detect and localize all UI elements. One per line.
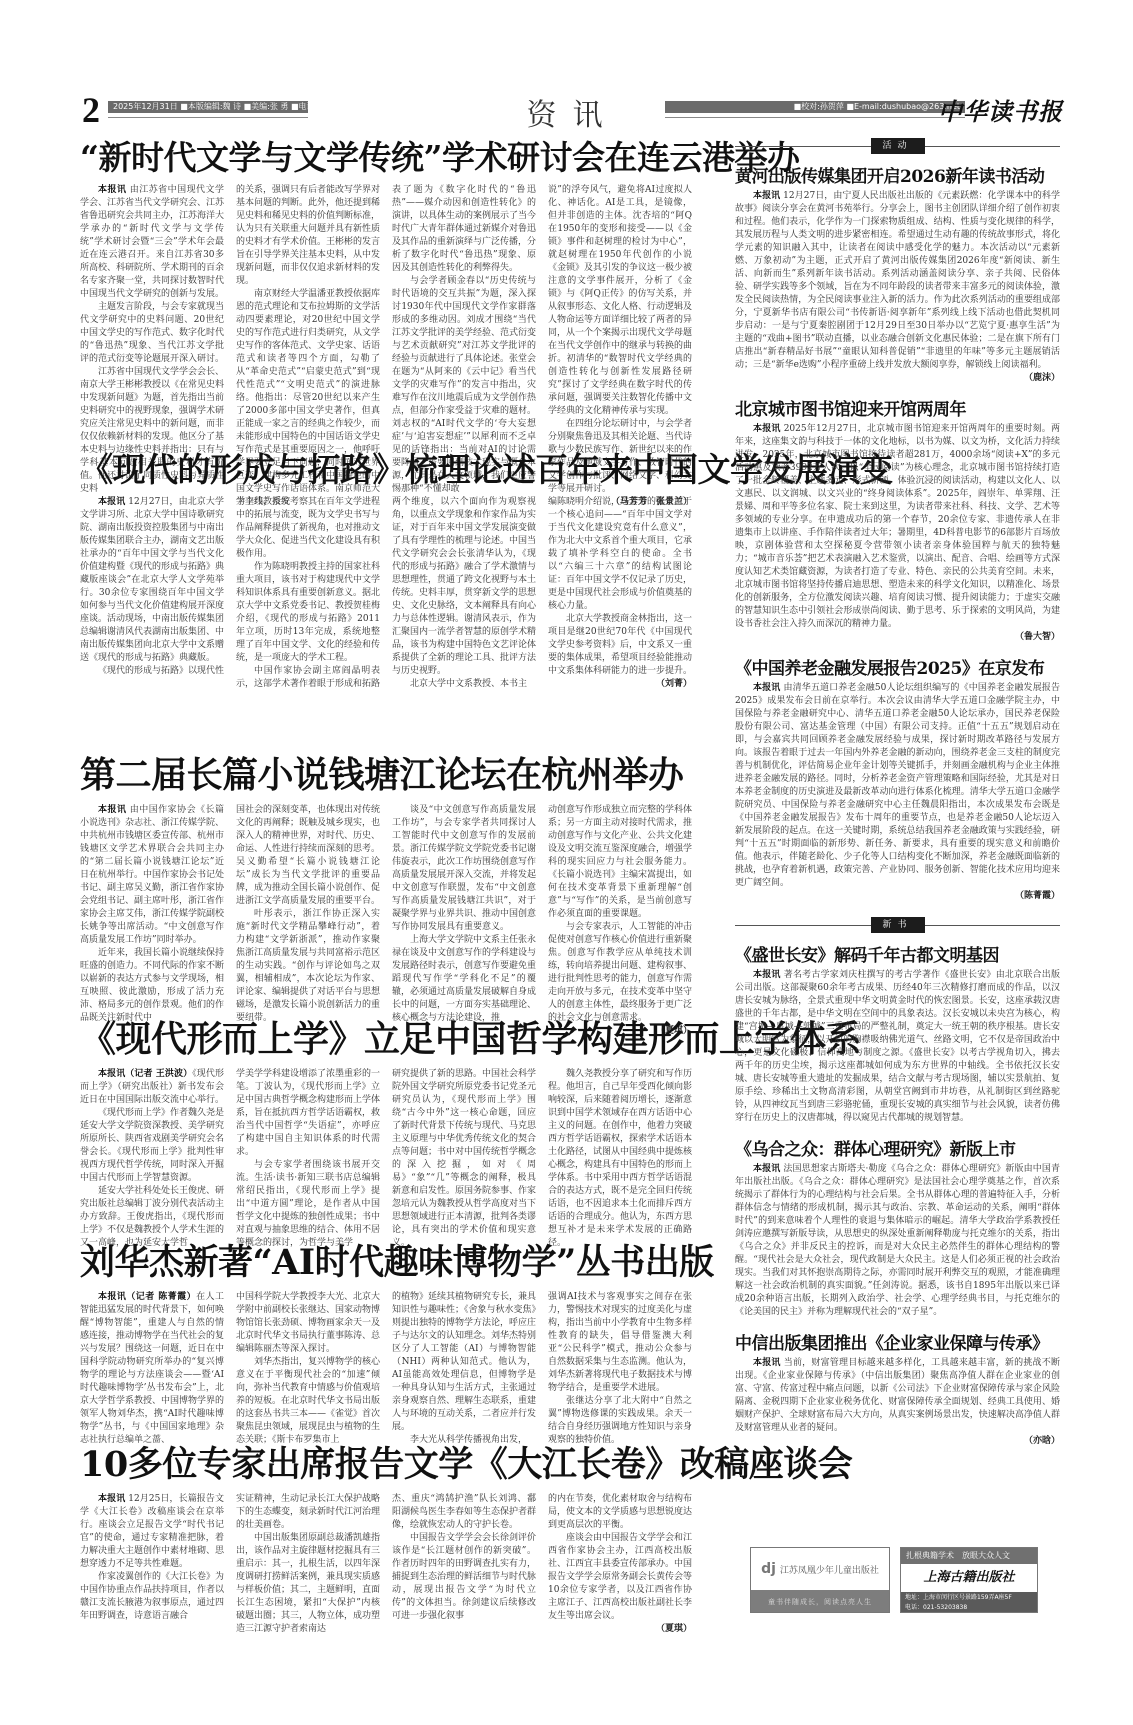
ad-address: 地址：上海市闵行区号景路159弄A座5F <box>905 1593 1033 1603</box>
paragraph-text: 中国作家协会副主席阎晶明表示，这部学术著作着眼于形成和拓路 <box>236 666 380 689</box>
article-headline: 《现代的形成与拓路》梳理论述百年来中国文学发展演变 <box>80 452 692 488</box>
text-column: 杰、重庆“鸿鹄护渔”队长刘鸿、鄱阳湖候鸟医生李春如等生态保护者群像，绘就恢宏动人… <box>392 1493 536 1636</box>
paragraph-text: 谈及“中文创意写作高质量发展工作坊”，与会专家学者共同探讨人工智能时代中文创意写… <box>392 805 536 932</box>
paragraph-text: 刘华杰指出，复兴博物学的核心意义在于平衡现代社会的“加速”倾向，弥补当代教育中情… <box>236 1357 380 1445</box>
article-columns: 本报讯（记者 王洪波）《现代形而上学》（研究出版社）新书发布会近日在中国国际出版… <box>80 1068 692 1250</box>
paragraph: 本报讯 12月27日，由宁夏人民出版社出版的《元素跃燃：化学课本中的科学故事》阅… <box>735 190 1060 372</box>
section-tag-row: 新书 <box>735 917 1060 933</box>
paragraph-text: 表了题为《数字化时代的“鲁迅热”——媒介动因和创造性转化》的演讲，以具体生动的案… <box>392 185 536 273</box>
newspaper-masthead: 中华读书报 <box>938 92 1063 127</box>
paragraph-text: 实证精神，生动记录长江大保护战略下的生态蝶变，刻录新时代江河治理的壮美画卷。 <box>236 1494 380 1530</box>
paragraph-text: 主题发言阶段，与会专家就现当代文学研究中的史料问题、20世纪中国文学史的写作范式… <box>80 302 224 364</box>
sidebar-article: 《中国养老金融发展报告2025》在京发布本报讯 由清华五道口养老金融50人论坛组… <box>735 658 1060 903</box>
article-headline: 《现代形而上学》立足中国哲学构建形而上学体系 <box>80 1020 692 1060</box>
ad-publisher-name: 江苏凤凰少年儿童出版社 <box>780 1563 879 1576</box>
ad-publisher-name: 上海古籍出版社 <box>901 1564 1037 1592</box>
text-column: 本报讯（记者 陈菁霞）在人工智能迅猛发展的时代背景下，如何唤醒“博物智能”，重建… <box>80 1291 224 1447</box>
paragraph: 的关系，强调只有后者能改写学界对基本问题的判断。此外，他还提到稀见史料和稀见史料… <box>236 184 380 288</box>
text-column: 编陈晓明介绍说，这套书的诞生源于一个核心追问——“百年中国文学对于当代文化建设究… <box>548 496 692 691</box>
dateline-lead: 本报讯 <box>98 497 125 507</box>
paragraph: 本报讯（记者 陈菁霞）在人工智能迅猛发展的时代背景下，如何唤醒“博物智能”，重建… <box>80 1291 224 1447</box>
paragraph-text: 当前，财富管理目标越来越多样化，工具越来越丰富，新的挑战不断出现。《企业家业保障… <box>735 1358 1060 1433</box>
header-rule-left <box>108 117 308 118</box>
paragraph: 谈及“中文创意写作高质量发展工作坊”，与会专家学者共同探讨人工智能时代中文创意写… <box>392 804 536 934</box>
section-tag-row: 活动 <box>735 138 1060 154</box>
paragraph: 实证精神，生动记录长江大保护战略下的生态蝶变，刻录新时代江河治理的壮美画卷。 <box>236 1493 380 1532</box>
dateline-lead: 本报讯 <box>753 1164 780 1174</box>
page-header: 2 2025年12月31日 ■本版编辑:魏 诗 ■美编:张 勇 ■电话:010-… <box>80 92 1065 132</box>
author-byline: （夏琪） <box>548 1623 692 1636</box>
dateline-lead: 本报讯 <box>753 424 781 434</box>
paragraph-text: 国社会的深刻变革，也体现出对传统文化的再阐释；既触及城乡现实，也深入人的精神世界… <box>236 805 380 906</box>
text-column: 本报讯 12月27日，由北京大学文学讲习所、北京大学中国诗歌研究院、湖南出版投资… <box>80 496 224 691</box>
paragraph-text: 与会专家学者围绕该书展开交流。生活·读书·新知三联书店总编辑常绍民指出，《现代形… <box>236 1160 380 1248</box>
paragraph-text: 的植物》延续其植物研究专长，兼具知识性与趣味性；《舍象与秋水变焦》则提出独特的博… <box>392 1292 536 1432</box>
sidebar-headline: 《盛世长安》解码千年古都文明基因 <box>735 945 1060 967</box>
text-column: 国社会的深刻变革，也体现出对传统文化的再阐释；既触及城乡现实，也深入人的精神世界… <box>236 804 380 1038</box>
paragraph: 本报讯 法国思想家古斯塔夫·勒庞《乌合之众：群体心理研究》新版由中国青年出版社出… <box>735 1163 1060 1319</box>
ad-jiangsu-phoenix-juvenile[interactable]: dj 江苏凤凰少年儿童出版社 童书伴随成长，阅读点亮人生 <box>750 1547 890 1613</box>
paragraph: 中国出版集团原副总裁潘凯雄指出，该作品对主旋律题材挖掘具有三重启示：其一，扎根生… <box>236 1532 380 1636</box>
sidebar-headline: 《乌合之众：群体心理研究》新版上市 <box>735 1139 1060 1161</box>
dateline-lead: 本报讯（记者 王洪波） <box>98 1069 192 1079</box>
article-3: 第二届长篇小说钱塘江论坛在杭州举办本报讯 由中国作家协会《长篇小说选刊》杂志社、… <box>80 756 692 1038</box>
paragraph-text: 为主线，系统考察其在百年文学进程中的拓展与流变，既为文学史书写与作品阐释提供了新… <box>236 497 380 559</box>
paragraph: 本报讯（记者 王洪波）《现代形而上学》（研究出版社）新书发布会近日在中国国际出版… <box>80 1068 224 1107</box>
header-rule-right <box>665 117 965 118</box>
paragraph-text: 《现代的形成与拓路》以现代性 <box>98 666 224 676</box>
sidebar-article: 黄河出版传媒集团开启2026新年读书活动本报讯 12月27日，由宁夏人民出版社出… <box>735 166 1060 385</box>
paragraph-text: 李大光从科学传播视角出发， <box>410 1435 527 1445</box>
paragraph: 本报讯 由江苏省中国现代文学学会、江苏省当代文学研究会、江苏省鲁迅研究会共同主办… <box>80 184 224 301</box>
article-headline: 10多位专家出席报告文学《大江长卷》改稿座谈会 <box>80 1446 692 1485</box>
text-column: 本报讯（记者 王洪波）《现代形而上学》（研究出版社）新书发布会近日在中国国际出版… <box>80 1068 224 1250</box>
sidebar: 活动黄河出版传媒集团开启2026新年读书活动本报讯 12月27日，由宁夏人民出版… <box>735 136 1060 1462</box>
paragraph: 本报讯 当前，财富管理目标越来越多样化，工具越来越丰富，新的挑战不断出现。《企业… <box>735 1357 1060 1435</box>
author-byline: （鹿沫） <box>735 372 1060 385</box>
sidebar-article: 北京城市图书馆迎来开馆两周年本报讯 2025年12月27日，北京城市图书馆迎来开… <box>735 399 1060 644</box>
paragraph: 北京大学中文系教授、本书主 <box>392 678 536 691</box>
author-byline: （陈菁霞） <box>735 890 1060 903</box>
paragraph: 本报讯 2025年12月27日，北京城市图书馆迎来开馆两周年的重要时刻。两年来，… <box>735 423 1060 631</box>
paragraph: 座谈会由中国报告文学学会和江西省作家协会主办，江西高校出版社、江西宜丰县委宣传部… <box>548 1532 692 1623</box>
paragraph: 两个维度，以六个面向作为观察视角，以重点文学现象和作家作品为实证，对于百年来中国… <box>392 496 536 678</box>
paragraph: 杰、重庆“鸿鹄护渔”队长刘鸿、鄱阳湖候鸟医生李春如等生态保护者群像，绘就恢宏动人… <box>392 1493 536 1532</box>
article-columns: 本报讯 12月25日，长篇报告文学《大江长卷》改稿座谈会在京举行。座谈会立足报告… <box>80 1493 692 1636</box>
dateline-lead: 本报讯 <box>753 1358 781 1368</box>
contact-info-bar: ■校对:孙贺萍 ■E-mail:dushubao@263.net <box>665 101 965 113</box>
dateline-lead: 本报讯 <box>98 1494 125 1504</box>
sidebar-headline: 中信出版集团推出《企业家业保障与传承》 <box>735 1333 1060 1355</box>
text-column: 为主线，系统考察其在百年文学进程中的拓展与流变，既为文学史书写与作品阐释提供了新… <box>236 496 380 691</box>
sidebar-body: 本报讯 2025年12月27日，北京城市图书馆迎来开馆两周年的重要时刻。两年来，… <box>735 423 1060 644</box>
paragraph: 本报讯 12月27日，由北京大学文学讲习所、北京大学中国诗歌研究院、湖南出版投资… <box>80 496 224 665</box>
sidebar-section-activities: 活动黄河出版传媒集团开启2026新年读书活动本报讯 12月27日，由宁夏人民出版… <box>735 138 1060 903</box>
sidebar-body: 本报讯 法国思想家古斯塔夫·勒庞《乌合之众：群体心理研究》新版由中国青年出版社出… <box>735 1163 1060 1319</box>
paragraph: 本报讯 著名考古学家刘庆柱撰写的考古学著作《盛世长安》由北京联合出版公司出版。这… <box>735 969 1060 1125</box>
paragraph-text: 作为陈晓明教授主持的国家社科重大项目，该书对于构建现代中文学科知识体系具有重要创… <box>236 562 380 663</box>
article-columns: 本报讯 12月27日，由北京大学文学讲习所、北京大学中国诗歌研究院、湖南出版投资… <box>80 496 692 691</box>
article-6: 10多位专家出席报告文学《大江长卷》改稿座谈会本报讯 12月25日，长篇报告文学… <box>80 1446 692 1636</box>
text-column: 谈及“中文创意写作高质量发展工作坊”，与会专家学者共同探讨人工智能时代中文创意写… <box>392 804 536 1038</box>
paragraph-text: 北京大学中文系教授、本书主 <box>410 679 527 689</box>
paragraph: 学美学学科建设增添了浓墨重彩的一笔。丁波认为，《现代形而上学》立足中国古典哲学概… <box>236 1068 380 1159</box>
paragraph-text: 的内在节奏，优化素材取舍与结构布局，使文本的文学质感与思想锐度达到更高层次的平衡… <box>548 1494 692 1530</box>
text-column: 本报讯 由中国作家协会《长篇小说选刊》杂志社、浙江传媒学院、中共杭州市钱塘区委宣… <box>80 804 224 1038</box>
article-headline: 刘华杰新著“AI时代趣味博物学”丛书出版 <box>80 1244 692 1283</box>
dateline-lead: 本报讯 <box>753 683 780 693</box>
paragraph-text: 中国出版集团原副总裁潘凯雄指出，该作品对主旋律题材挖掘具有三重启示：其一，扎根生… <box>236 1533 380 1634</box>
paragraph-text: 著名考古学家刘庆柱撰写的考古学著作《盛世长安》由北京联合出版公司出版。这部凝聚6… <box>735 970 1060 1123</box>
paragraph: 本报讯 由中国作家协会《长篇小说选刊》杂志社、浙江传媒学院、中共杭州市钱塘区委宣… <box>80 804 224 947</box>
paragraph: 表了题为《数字化时代的“鲁迅热”——媒介动因和创造性转化》的演讲，以具体生动的案… <box>392 184 536 275</box>
paragraph-text: 魏久尧教授分享了研究和写作历程。他坦言，自己早年受西化倾向影响较深，后来随着阅历… <box>548 1069 692 1248</box>
paragraph: 上海大学文学院中文系主任张永禄在谈及中文创意写作的学科建设与发展路径时表示，创意… <box>392 934 536 1025</box>
author-byline: （刘菁） <box>548 678 692 691</box>
publisher-logo-icon: dj <box>761 1561 776 1577</box>
text-column: 本报讯 12月25日，长篇报告文学《大江长卷》改稿座谈会在京举行。座谈会立足报告… <box>80 1493 224 1636</box>
paragraph-text: 12月27日，由北京大学文学讲习所、北京大学中国诗歌研究院、湖南出版投资控股集团… <box>80 497 224 663</box>
paragraph: 本报讯 12月25日，长篇报告文学《大江长卷》改稿座谈会在京举行。座谈会立足报告… <box>80 1493 224 1571</box>
sidebar-headline: 北京城市图书馆迎来开馆两周年 <box>735 399 1060 421</box>
sidebar-body: 本报讯 当前，财富管理目标越来越多样化，工具越来越丰富，新的挑战不断出现。《企业… <box>735 1357 1060 1448</box>
sidebar-article: 中信出版集团推出《企业家业保障与传承》本报讯 当前，财富管理目标越来越多样化，工… <box>735 1333 1060 1448</box>
page-number: 2 <box>82 92 100 128</box>
sidebar-headline: 《中国养老金融发展报告2025》在京发布 <box>735 658 1060 680</box>
paragraph-text: 2025年12月27日，北京城市图书馆迎来开馆两周年的重要时刻。两年来，这座集文… <box>735 424 1060 629</box>
paragraph: 本报讯 由清华五道口养老金融50人论坛组织编写的《中国养老金融发展报告2025》… <box>735 682 1060 890</box>
paragraph-text: 延安大学社科处处长王俊虎、研究出版社总编辑丁波分别代表活动主办方致辞。王俊虎指出… <box>80 1186 224 1248</box>
paragraph-text: 法国思想家古斯塔夫·勒庞《乌合之众：群体心理研究》新版由中国青年出版社出版。《乌… <box>735 1164 1060 1317</box>
paragraph-text: 强调AI技术与客观事实之间存在张力，警惕技术对现实的过度美化与虚构，指出当前中小… <box>548 1292 692 1393</box>
paragraph-text: 编陈晓明介绍说，这套书的诞生源于一个核心追问——“百年中国文学对于当代文化建设究… <box>548 497 692 611</box>
sidebar-body: 本报讯 著名考古学家刘庆柱撰写的考古学著作《盛世长安》由北京联合出版公司出版。这… <box>735 969 1060 1125</box>
paragraph-text: 研究提供了新的思路。中国社会科学院外国文学研究所原党委书记党圣元研究员认为，《现… <box>392 1069 536 1248</box>
author-byline: （亦晗） <box>735 1435 1060 1448</box>
paragraph: 中国报告文学学会会长徐剑评价该作是“长江题材创作的新突破”。作者历时四年的田野调… <box>392 1532 536 1623</box>
dateline-lead: 本报讯 <box>98 185 126 195</box>
paragraph: 中国科学院大学教授李大光、北京大学附中前副校长张继达、国家动物博物馆馆长张劲硕、… <box>236 1291 380 1356</box>
paragraph: 与会专家表示，人工智能的冲击促使对创意写作核心价值进行重新聚焦。创意写作教学应从… <box>548 921 692 1025</box>
paragraph: 刘华杰指出，复兴博物学的核心意义在于平衡现代社会的“加速”倾向，弥补当代教育中情… <box>236 1356 380 1447</box>
paragraph: 魏久尧教授分享了研究和写作历程。他坦言，自己早年受西化倾向影响较深，后来随着阅历… <box>548 1068 692 1250</box>
paragraph-text: 杰、重庆“鸿鹄护渔”队长刘鸿、鄱阳湖候鸟医生李春如等生态保护者群像，绘就恢宏动人… <box>392 1494 536 1530</box>
section-tag: 活动 <box>870 138 924 154</box>
paragraph: 叶彤表示，浙江作协正深入实施“新时代文学精品攀峰行动”，着力构建“文学新浙派”，… <box>236 908 380 1025</box>
paragraph-text: 动创意写作形成独立而完整的学科体系；另一方面主动对接时代需求，推动创意写作与文化… <box>548 805 692 919</box>
section-tag: 新书 <box>870 917 924 933</box>
paragraph-text: 《现代形而上学》作者魏久尧是延安大学文学院资深教授、美学研究所原所长、陕西省戏剧… <box>80 1108 224 1183</box>
paragraph: 编陈晓明介绍说，这套书的诞生源于一个核心追问——“百年中国文学对于当代文化建设究… <box>548 496 692 613</box>
paragraph-text: 学美学学科建设增添了浓墨重彩的一笔。丁波认为，《现代形而上学》立足中国古典哲学概… <box>236 1069 380 1157</box>
article-columns: 本报讯 由中国作家协会《长篇小说选刊》杂志社、浙江传媒学院、中共杭州市钱塘区委宣… <box>80 804 692 1038</box>
text-column: 实证精神，生动记录长江大保护战略下的生态蝶变，刻录新时代江河治理的壮美画卷。中国… <box>236 1493 380 1636</box>
paragraph-text: 张继达分享了北大附中“自然之翼”博物选修课的实践成果。余天一结合自身经历强调地方… <box>548 1396 692 1445</box>
dateline-lead: 本报讯 <box>753 191 780 201</box>
paragraph: 与会专家学者围绕该书展开交流。生活·读书·新知三联书店总编辑常绍民指出，《现代形… <box>236 1159 380 1250</box>
paragraph-text: 在人工智能迅猛发展的时代背景下，如何唤醒“博物智能”，重建人与自然的情感连接，推… <box>80 1292 224 1445</box>
author-byline: （鲁大智） <box>735 631 1060 644</box>
paragraph-text: 12月27日，由宁夏人民出版社出版的《元素跃燃：化学课本中的科学故事》阅读分享会… <box>735 191 1060 370</box>
edition-info-bar: 2025年12月31日 ■本版编辑:魏 诗 ■美编:张 勇 ■电话:010-67… <box>108 101 308 113</box>
ad-shanghai-classics[interactable]: 扎根典籍学术 放眼大众人文 上海古籍出版社 地址：上海市闵行区号景路159弄A座… <box>900 1547 1038 1613</box>
paragraph-text: 由中国作家协会《长篇小说选刊》杂志社、浙江传媒学院、中共杭州市钱塘区委宣传部、杭… <box>80 805 224 945</box>
paragraph: 《现代的形成与拓路》以现代性 <box>80 665 224 678</box>
paragraph: 的植物》延续其植物研究专长，兼具知识性与趣味性；《舍象与秋水变焦》则提出独特的博… <box>392 1291 536 1434</box>
article-columns: 本报讯（记者 陈菁霞）在人工智能迅猛发展的时代背景下，如何唤醒“博物智能”，重建… <box>80 1291 692 1447</box>
article-4: 《现代形而上学》立足中国哲学构建形而上学体系本报讯（记者 王洪波）《现代形而上学… <box>80 1020 692 1250</box>
text-column: 两个维度，以六个面向作为观察视角，以重点文学现象和作家作品为实证，对于百年来中国… <box>392 496 536 691</box>
paragraph: 中国作家协会副主席阎晶明表示，这部学术著作着眼于形成和拓路 <box>236 665 380 691</box>
paragraph: 的内在节奏，优化素材取舍与结构布局，使文本的文学质感与思想锐度达到更高层次的平衡… <box>548 1493 692 1532</box>
sidebar-body: 本报讯 由清华五道口养老金融50人论坛组织编写的《中国养老金融发展报告2025》… <box>735 682 1060 903</box>
text-column: 动创意写作形成独立而完整的学科体系；另一方面主动对接时代需求，推动创意写作与文化… <box>548 804 692 1038</box>
article-headline: “新时代文学与文学传统”学术研讨会在连云港举办 <box>80 140 692 176</box>
text-column: 学美学学科建设增添了浓墨重彩的一笔。丁波认为，《现代形而上学》立足中国古典哲学概… <box>236 1068 380 1250</box>
paragraph-text: 座谈会由中国报告文学学会和江西省作家协会主办，江西高校出版社、江西宜丰县委宣传部… <box>548 1533 692 1621</box>
paragraph-text: 与会专家表示，人工智能的冲击促使对创意写作核心价值进行重新聚焦。创意写作教学应从… <box>548 922 692 1023</box>
dateline-lead: 本报讯 <box>753 970 781 980</box>
text-column: 的内在节奏，优化素材取舍与结构布局，使文本的文学质感与思想锐度达到更高层次的平衡… <box>548 1493 692 1636</box>
paragraph: 张继达分享了北大附中“自然之翼”博物选修课的实践成果。余天一结合自身经历强调地方… <box>548 1395 692 1447</box>
paragraph: 研究提供了新的思路。中国社会科学院外国文学研究所原党委书记党圣元研究员认为，《现… <box>392 1068 536 1250</box>
paragraph: 为主线，系统考察其在百年文学进程中的拓展与流变，既为文学史书写与作品阐释提供了新… <box>236 496 380 561</box>
paragraph: 主题发言阶段，与会专家就现当代文学研究中的史料问题、20世纪中国文学史的写作范式… <box>80 301 224 366</box>
paragraph-text: 的关系，强调只有后者能改写学界对基本问题的判断。此外，他还提到稀见史料和稀见史料… <box>236 185 380 286</box>
ad-slogan: 童书伴随成长，阅读点亮人生 <box>751 1590 889 1613</box>
paragraph: 说”的浮夸风气，避免将AI过度拟人化、神话化。AI是工具，是镜像，但并非创造的主… <box>548 184 692 418</box>
text-column: 中国科学院大学教授李大光、北京大学附中前副校长张继达、国家动物博物馆馆长张劲硕、… <box>236 1291 380 1447</box>
paragraph: 北京大学教授商金林指出，这一项目是继20世纪70年代《中国现代文学史参考资料》后… <box>548 613 692 678</box>
text-column: 的植物》延续其植物研究专长，兼具知识性与趣味性；《舍象与秋水变焦》则提出独特的博… <box>392 1291 536 1447</box>
paragraph-text: 说”的浮夸风气，避免将AI过度拟人化、神话化。AI是工具，是镜像，但并非创造的主… <box>548 185 692 416</box>
paragraph: 《现代形而上学》作者魏久尧是延安大学文学院资深教授、美学研究所原所长、陕西省戏剧… <box>80 1107 224 1185</box>
paragraph: 国社会的深刻变革，也体现出对传统文化的再阐释；既触及城乡现实，也深入人的精神世界… <box>236 804 380 908</box>
ad-tagline: 扎根典籍学术 放眼大众人文 <box>901 1548 1037 1564</box>
text-column: 强调AI技术与客观事实之间存在张力，警惕技术对现实的过度美化与虚构，指出当前中小… <box>548 1291 692 1447</box>
dateline-lead: 本报讯（记者 陈菁霞） <box>98 1292 196 1302</box>
sidebar-article: 《盛世长安》解码千年古都文明基因本报讯 著名考古学家刘庆柱撰写的考古学著作《盛世… <box>735 945 1060 1125</box>
sidebar-section-new-books: 新书《盛世长安》解码千年古都文明基因本报讯 著名考古学家刘庆柱撰写的考古学著作《… <box>735 917 1060 1448</box>
paragraph-text: 12月25日，长篇报告文学《大江长卷》改稿座谈会在京举行。座谈会立足报告文学“时… <box>80 1494 224 1569</box>
dateline-lead: 本报讯 <box>98 805 126 815</box>
article-5: 刘华杰新著“AI时代趣味博物学”丛书出版本报讯（记者 陈菁霞）在人工智能迅猛发展… <box>80 1244 692 1447</box>
text-column: 魏久尧教授分享了研究和写作历程。他坦言，自己早年受西化倾向影响较深，后来随着阅历… <box>548 1068 692 1250</box>
paragraph-text: 近年来，我国长篇小说继续保持旺盛的创造力。不同代际的作家不断以崭新的表达方式参与… <box>80 948 224 1023</box>
article-headline: 第二届长篇小说钱塘江论坛在杭州举办 <box>80 756 692 796</box>
article-2: 《现代的形成与拓路》梳理论述百年来中国文学发展演变本报讯 12月27日，由北京大… <box>80 452 692 691</box>
paragraph-text: 中国报告文学学会会长徐剑评价该作是“长江题材创作的新突破”。作者历时四年的田野调… <box>392 1533 536 1621</box>
sidebar-headline: 黄河出版传媒集团开启2026新年读书活动 <box>735 166 1060 188</box>
paragraph-text: 由清华五道口养老金融50人论坛组织编写的《中国养老金融发展报告2025》成果发布… <box>735 683 1060 888</box>
paragraph: 近年来，我国长篇小说继续保持旺盛的创造力。不同代际的作家不断以崭新的表达方式参与… <box>80 947 224 1025</box>
paragraph-text: 叶彤表示，浙江作协正深入实施“新时代文学精品攀峰行动”，着力构建“文学新浙派”，… <box>236 909 380 1023</box>
paragraph-text: 由江苏省中国现代文学学会、江苏省当代文学研究会、江苏省鲁迅研究会共同主办，江苏海… <box>80 185 224 299</box>
paragraph: 强调AI技术与客观事实之间存在张力，警惕技术对现实的过度美化与虚构，指出当前中小… <box>548 1291 692 1395</box>
paragraph-text: 两个维度，以六个面向作为观察视角，以重点文学现象和作家作品为实证，对于百年来中国… <box>392 497 536 676</box>
paragraph: 作为陈晓明教授主持的国家社科重大项目，该书对于构建现代中文学科知识体系具有重要创… <box>236 561 380 665</box>
sidebar-article: 《乌合之众：群体心理研究》新版上市本报讯 法国思想家古斯塔夫·勒庞《乌合之众：群… <box>735 1139 1060 1319</box>
paragraph-text: 中国科学院大学教授李大光、北京大学附中前副校长张继达、国家动物博物馆馆长张劲硕、… <box>236 1292 380 1354</box>
sidebar-body: 本报讯 12月27日，由宁夏人民出版社出版的《元素跃燃：化学课本中的科学故事》阅… <box>735 190 1060 385</box>
paragraph: 动创意写作形成独立而完整的学科体系；另一方面主动对接时代需求，推动创意写作与文化… <box>548 804 692 921</box>
text-column: 研究提供了新的思路。中国社会科学院外国文学研究所原党委书记党圣元研究员认为，《现… <box>392 1068 536 1250</box>
paragraph: 延安大学社科处处长王俊虎、研究出版社总编辑丁波分别代表活动主办方致辞。王俊虎指出… <box>80 1185 224 1250</box>
advertisements: dj 江苏凤凰少年儿童出版社 童书伴随成长，阅读点亮人生 扎根典籍学术 放眼大众… <box>750 1547 1040 1613</box>
paragraph-text: 北京大学教授商金林指出，这一项目是继20世纪70年代《中国现代文学史参考资料》后… <box>548 614 692 676</box>
paragraph-text: 作家凌翼创作的《大江长卷》为中国作协重点作品扶持项目，作者以赣江支流长腋港为叙事… <box>80 1572 224 1621</box>
paragraph-text: 上海大学文学院中文系主任张永禄在谈及中文创意写作的学科建设与发展路径时表示，创意… <box>392 935 536 1023</box>
paragraph: 作家凌翼创作的《大江长卷》为中国作协重点作品扶持项目，作者以赣江支流长腋港为叙事… <box>80 1571 224 1623</box>
ad-phone: 电话：021-53203838 <box>905 1603 1033 1613</box>
